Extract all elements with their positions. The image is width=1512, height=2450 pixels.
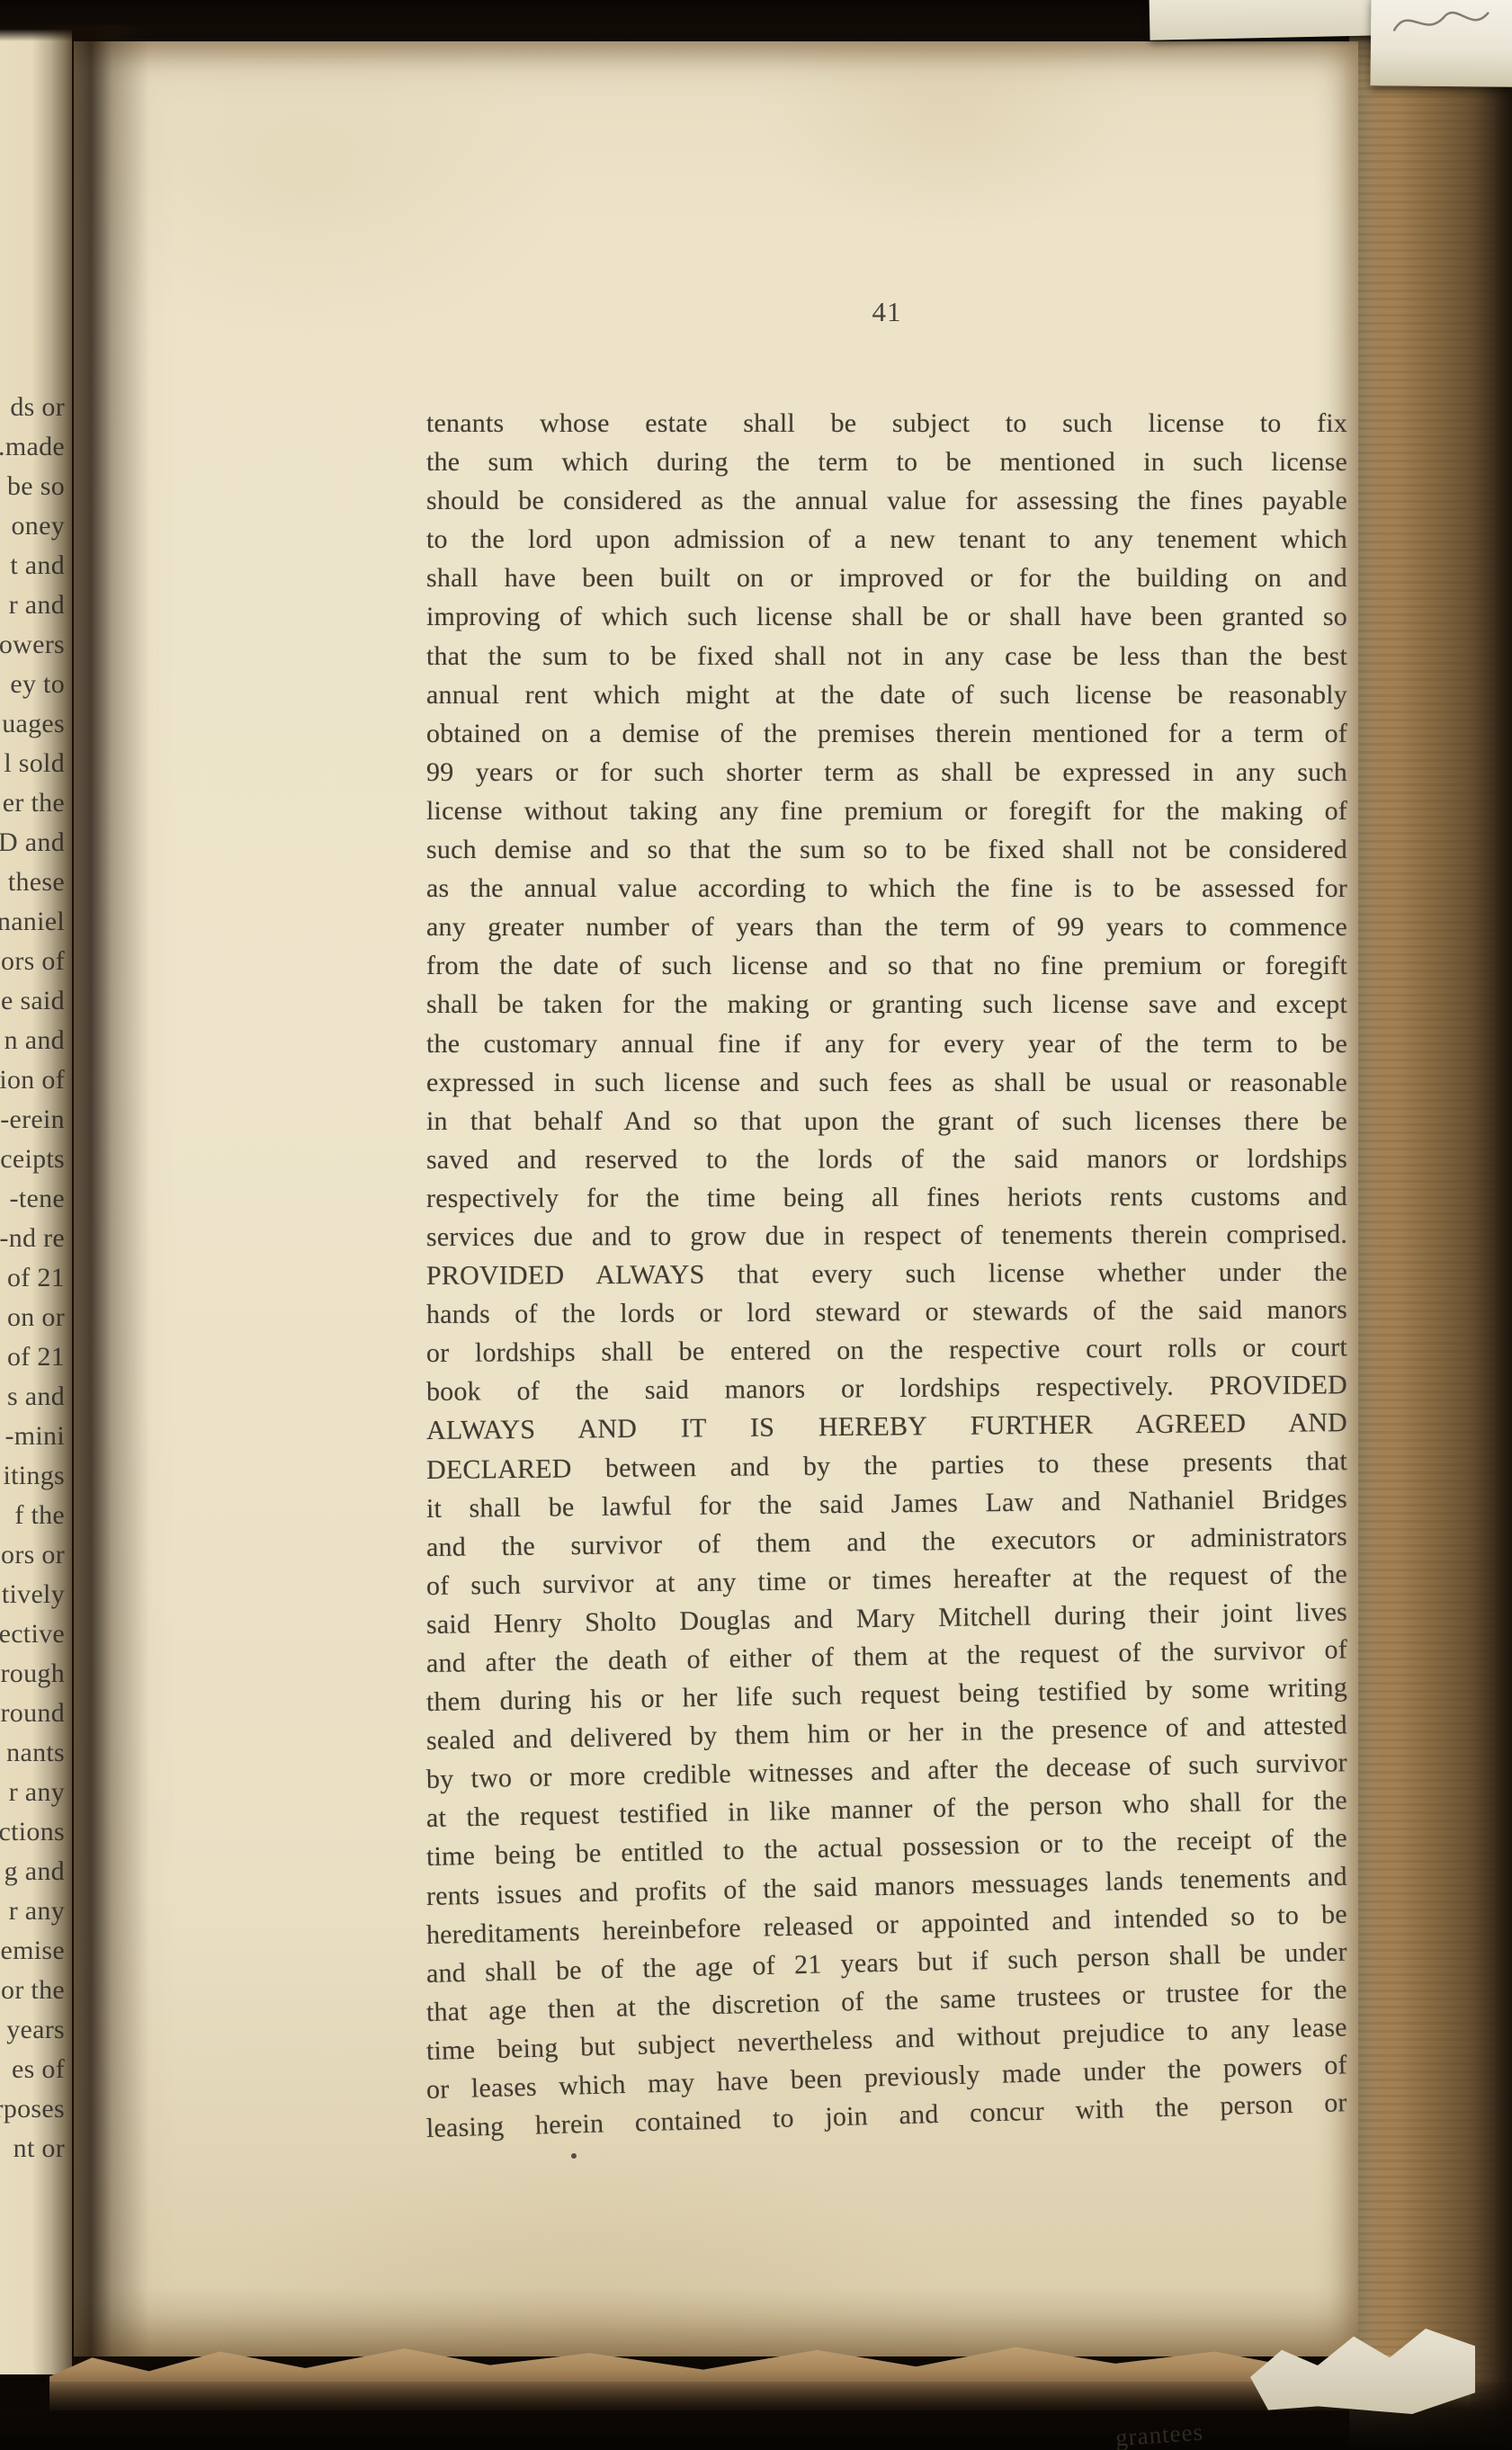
left-page-fragment: ey to — [0, 665, 65, 704]
text-line: to the lord upon admission of a new tena… — [426, 520, 1347, 559]
text-line: in that behalf And so that upon the gran… — [426, 1102, 1347, 1140]
left-page-fragment: tene- — [0, 1179, 65, 1219]
facing-page-edge: ds ormade.be sooneyt andr andowersey tou… — [0, 25, 72, 2374]
left-page-fragment: r any — [0, 1891, 65, 1931]
book-scan-photo: ds ormade.be sooneyt andr andowersey tou… — [0, 0, 1512, 2450]
text-line: obtained on a demise of the premises the… — [426, 714, 1347, 753]
left-page-fragment: ors of — [0, 942, 65, 981]
left-page-fragment: made. — [0, 427, 65, 467]
left-page-fragment: D and — [0, 823, 65, 863]
left-page-fragment: e said — [0, 981, 65, 1021]
text-line: shall have been built on or improved or … — [426, 559, 1347, 597]
text-line: PROVIDED ALWAYS that every such license … — [426, 1253, 1347, 1296]
text-line: saved and reserved to the lords of the s… — [426, 1140, 1347, 1179]
left-page-fragment: ds or — [0, 388, 65, 427]
text-line: the customary annual fine if any for eve… — [426, 1024, 1347, 1063]
left-page-fragment: round — [0, 1694, 65, 1733]
left-page-fragment: s and — [0, 1377, 65, 1417]
left-page-fragment: owers — [0, 625, 65, 665]
left-page-fragment: ion of — [0, 1060, 65, 1100]
text-line: improving of which such license shall be… — [426, 597, 1347, 636]
left-page-fragment: l sold — [0, 744, 65, 783]
left-page-fragment: or the — [0, 1971, 65, 2010]
left-page-fragment: naniel — [0, 902, 65, 942]
left-page-fragment: er the — [0, 783, 65, 823]
text-line: license without taking any fine premium … — [426, 791, 1347, 830]
text-line: shall be taken for the making or grantin… — [426, 985, 1347, 1024]
left-page-fragment: emise — [0, 1931, 65, 1971]
left-page-fragment: nants — [0, 1733, 65, 1773]
paper-slip — [1150, 0, 1382, 40]
left-page-fragment: t and — [0, 546, 65, 586]
facing-page-text-column: ds ormade.be sooneyt andr andowersey tou… — [0, 388, 70, 2168]
left-page-fragment: of 21 — [0, 1337, 65, 1377]
page-edge-stack — [1349, 31, 1512, 2450]
left-page-fragment: ctions — [0, 1812, 65, 1852]
pencil-mark — [1378, 0, 1508, 53]
text-line: expressed in such license and such fees … — [426, 1063, 1347, 1102]
left-page-fragment: n and — [0, 1021, 65, 1060]
page-number: 41 — [426, 296, 1347, 332]
ink-speck — [571, 2153, 577, 2159]
text-line: services due and to grow due in respect … — [426, 1215, 1347, 1256]
left-page-fragment: be so — [0, 467, 65, 506]
text-line: hands of the lords or lord steward or st… — [426, 1291, 1347, 1335]
left-page-fragment: erein- — [0, 1100, 65, 1140]
left-page-fragment: years — [0, 2010, 65, 2050]
left-page-fragment: uages — [0, 704, 65, 744]
bottom-text-fragment: grantees — [1114, 2419, 1204, 2450]
scanned-page: 41 tenants whose estate shall be subject… — [74, 41, 1358, 2356]
left-page-fragment: es of — [0, 2050, 65, 2089]
text-line: as the annual value according to which t… — [426, 869, 1347, 908]
text-line: such demise and so that the sum so to be… — [426, 830, 1347, 869]
left-page-fragment: nt or — [0, 2129, 65, 2168]
left-page-fragment: r and — [0, 586, 65, 625]
text-line: any greater number of years than the ter… — [426, 908, 1347, 946]
left-page-fragment: g and — [0, 1852, 65, 1891]
left-page-fragment: itings — [0, 1456, 65, 1496]
left-page-fragment: ective — [0, 1614, 65, 1654]
text-line: should be considered as the annual value… — [426, 481, 1347, 520]
body-text: tenants whose estate shall be subject to… — [426, 404, 1347, 2148]
text-line: the sum which during the term to be ment… — [426, 443, 1347, 481]
left-page-fragment: rough — [0, 1654, 65, 1694]
left-page-fragment: f the — [0, 1496, 65, 1535]
left-page-fragment: oney — [0, 506, 65, 546]
left-page-fragment: these — [0, 863, 65, 902]
left-page-fragment: of 21 — [0, 1258, 65, 1298]
text-line: from the date of such license and so tha… — [426, 946, 1347, 985]
paper-slip — [1370, 0, 1512, 87]
left-page-fragment: tively — [0, 1575, 65, 1614]
text-line: tenants whose estate shall be subject to… — [426, 404, 1347, 443]
text-line: 99 years or for such shorter term as sha… — [426, 753, 1347, 791]
left-page-fragment: rposes — [0, 2089, 65, 2129]
left-page-fragment: r any — [0, 1773, 65, 1812]
left-page-fragment: nd re- — [0, 1219, 65, 1258]
left-page-fragment: ceipts — [0, 1140, 65, 1179]
left-page-fragment: mini- — [0, 1417, 65, 1456]
left-page-fragment: ors or — [0, 1535, 65, 1575]
text-line: annual rent which might at the date of s… — [426, 675, 1347, 714]
text-line: that the sum to be fixed shall not in an… — [426, 637, 1347, 675]
text-line: respectively for the time being all fine… — [426, 1177, 1347, 1218]
left-page-fragment: on or — [0, 1298, 65, 1337]
